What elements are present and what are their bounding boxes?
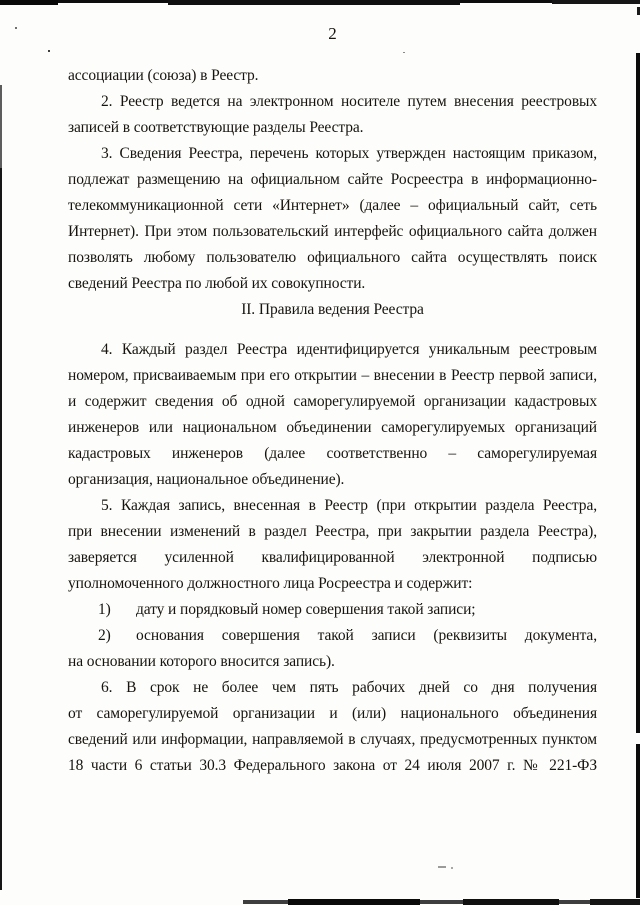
text-line: ассоциации (союза) в Реестр. xyxy=(68,63,597,89)
text-line: инженеров или национальном объединении с… xyxy=(68,415,597,441)
scan-speckle-dash xyxy=(438,866,446,868)
text-line: записей в соответствующие разделы Реестр… xyxy=(68,115,597,141)
scan-speckle-dash xyxy=(451,867,453,869)
text-line: на основании которого вносится запись). xyxy=(68,649,597,675)
text-line: 2)основания совершения такой записи (рек… xyxy=(68,623,597,649)
text-line: и содержит сведения об одной саморегулир… xyxy=(68,389,597,415)
scanned-document-page: 2 ассоциации (союза) в Реестр.2. Реестр … xyxy=(0,0,640,905)
text-line: 6. В срок не более чем пять рабочих дней… xyxy=(68,675,597,701)
scan-artifact-right-edge xyxy=(636,744,640,898)
text-line: 2. Реестр ведется на электронном носител… xyxy=(68,89,597,115)
text-line: сведений Реестра по любой их совокупност… xyxy=(68,271,597,297)
text-line: 18 части 6 статьи 30.3 Федерального зако… xyxy=(68,753,597,779)
scan-artifact-left-edge xyxy=(0,85,2,168)
scan-artifact-right-edge xyxy=(636,53,640,733)
text-line: номером, присваиваемым при его открытии … xyxy=(68,363,597,389)
scan-artifact-bottom-edge-segment xyxy=(590,899,640,905)
list-item-marker: 1) xyxy=(98,597,136,623)
scan-artifact-top-edge-segment xyxy=(0,0,58,5)
text-line: позволять любому пользователю официально… xyxy=(68,245,597,271)
page-number: 2 xyxy=(68,24,597,44)
scan-speckle xyxy=(15,27,17,29)
text-line: при внесении изменений в раздел Реестра,… xyxy=(68,519,597,545)
text-line: сведений или информации, направляемой в … xyxy=(68,727,597,753)
text-line: 1)дату и порядковый номер совершения так… xyxy=(68,597,597,623)
text-line: кадастровых инженеров (далее соответстве… xyxy=(68,441,597,467)
text-line: подлежат размещению на официальном сайте… xyxy=(68,167,597,193)
scan-artifact-top-edge-segment xyxy=(168,0,460,5)
section-heading: II. Правила ведения Реестра xyxy=(68,297,597,323)
text-line: 5. Каждая запись, внесенная в Реестр (пр… xyxy=(68,493,597,519)
document-body: ассоциации (союза) в Реестр.2. Реестр ве… xyxy=(68,63,597,779)
list-item-text: основания совершения такой записи (рекви… xyxy=(136,627,597,644)
scan-artifact-bottom-edge-segment xyxy=(463,899,559,905)
text-line: организация, национальное объединение). xyxy=(68,467,597,493)
scan-speckle xyxy=(48,50,50,52)
text-line: от саморегулируемой организации и (или) … xyxy=(68,701,597,727)
scan-artifact-top-edge-segment xyxy=(552,0,640,4)
text-line: Интернет). При этом пользовательский инт… xyxy=(68,219,597,245)
text-line: телекоммуникационной сети «Интернет» (да… xyxy=(68,193,597,219)
scan-speckle xyxy=(403,52,405,53)
text-line: 3. Сведения Реестра, перечень которых ут… xyxy=(68,141,597,167)
scan-artifact-bottom-edge-segment xyxy=(288,899,420,905)
text-line: 4. Каждый раздел Реестра идентифицируетс… xyxy=(68,337,597,363)
text-line: заверяется усиленной квалифицированной э… xyxy=(68,545,597,571)
list-item-text: дату и порядковый номер совершения такой… xyxy=(136,601,475,618)
list-item-marker: 2) xyxy=(98,623,136,649)
text-line: уполномоченного должностного лица Росрее… xyxy=(68,571,597,597)
scan-artifact-left-edge xyxy=(0,168,2,890)
